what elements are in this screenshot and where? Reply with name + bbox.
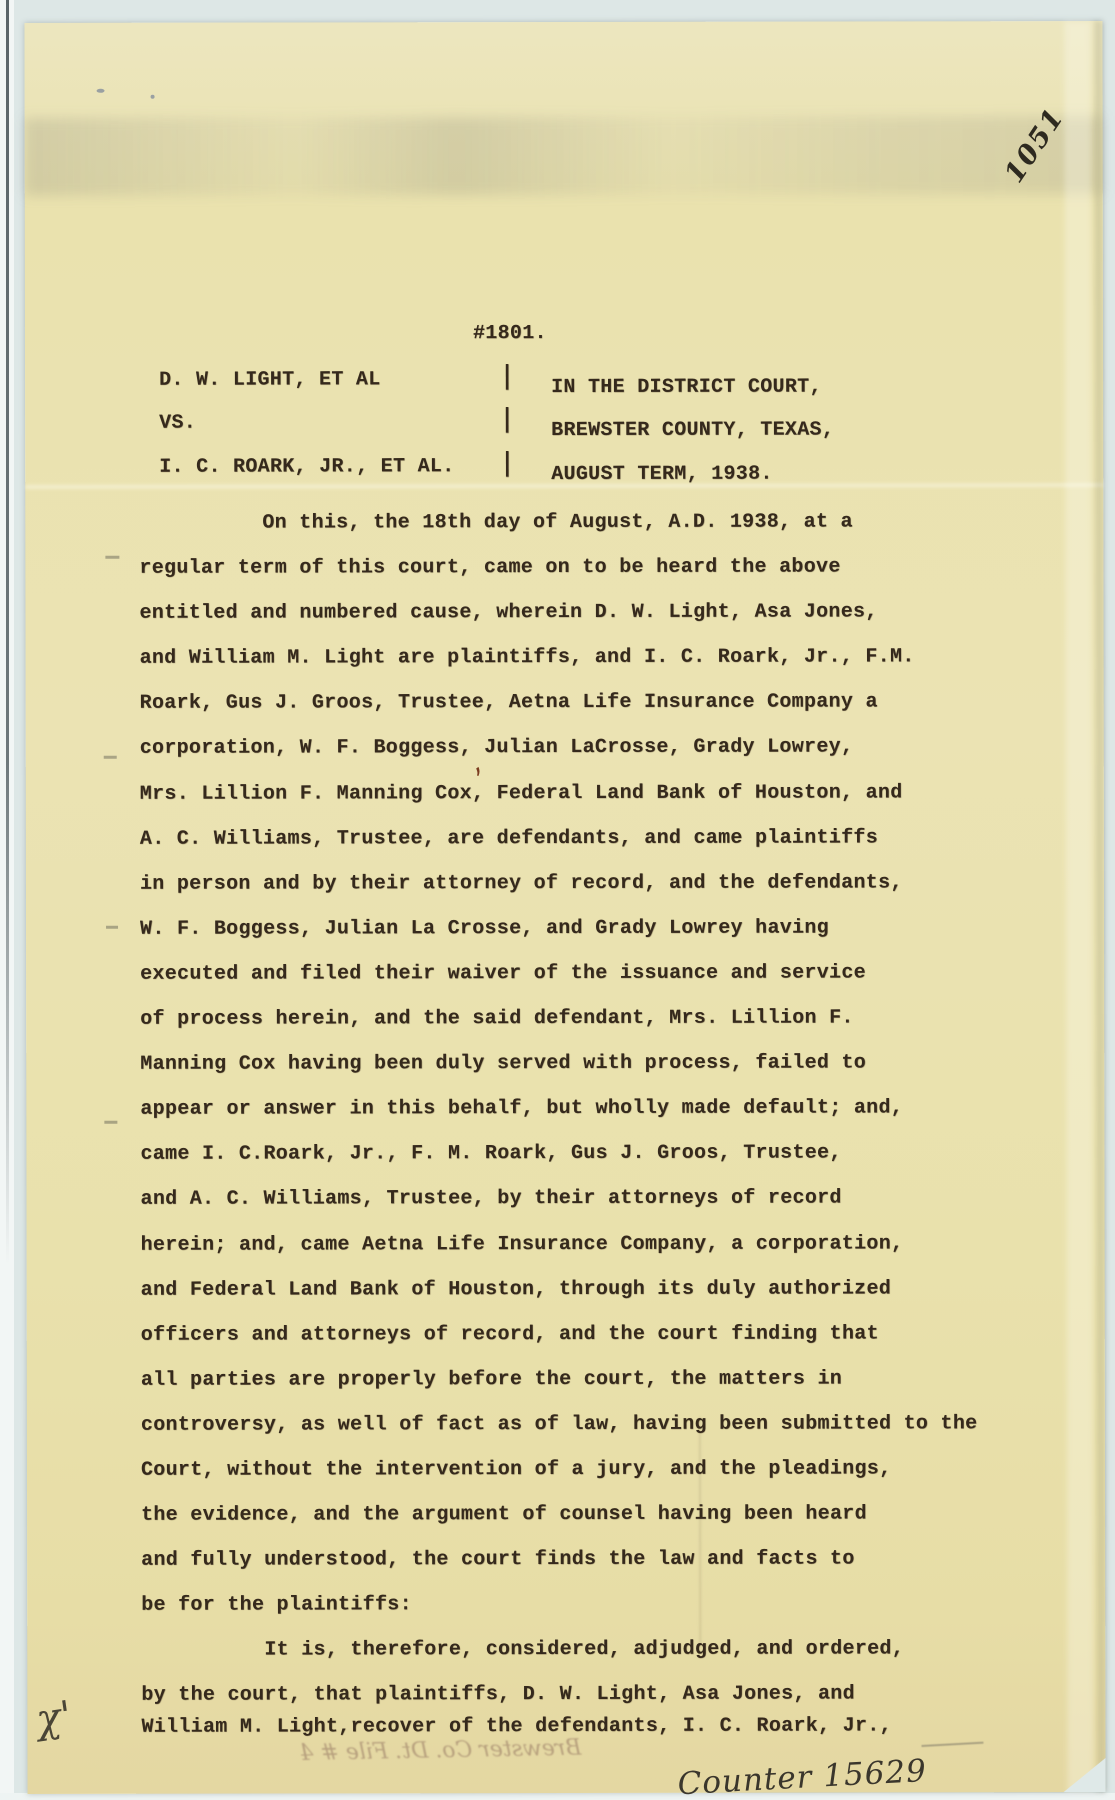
margin-mark — [105, 556, 119, 559]
paper-edge-shade — [1094, 21, 1105, 1792]
caption-court-term: AUGUST TERM, 1938. — [551, 463, 772, 486]
caption-separator: | — [501, 366, 513, 389]
paper-speck — [151, 95, 155, 99]
body-line: controversy, as well of fact as of law, … — [141, 1412, 978, 1459]
handwritten-check-mark: χ' — [33, 1693, 74, 1744]
scan-edge-shadow-line — [6, 0, 9, 1265]
separator-glyph: | — [501, 362, 513, 393]
corner-fold — [1063, 1758, 1105, 1792]
body-line: It is, therefore, considered, adjudged, … — [141, 1638, 978, 1685]
body-line: corporation, W. F. Boggess, Julian LaCro… — [140, 736, 977, 783]
body-line: officers and attorneys of record, and th… — [141, 1322, 978, 1369]
body-line: herein; and, came Aetna Life Insurance C… — [141, 1232, 978, 1279]
body-line: appear or answer in this behalf, but who… — [140, 1097, 977, 1144]
body-line: the evidence, and the argument of counse… — [141, 1502, 978, 1549]
body-line: and fully understood, the court finds th… — [141, 1547, 978, 1594]
caption-separator: | — [501, 409, 513, 432]
paper-speck — [97, 89, 105, 93]
body-line: and William M. Light are plaintiffs, and… — [140, 646, 977, 693]
caption-vs: VS. — [159, 412, 196, 435]
caption-court-name: IN THE DISTRICT COURT, — [551, 376, 822, 399]
body-line: of process herein, and the said defendan… — [140, 1006, 977, 1053]
separator-glyph: | — [501, 449, 513, 480]
body-line: in person and by their attorney of recor… — [140, 871, 977, 918]
handwritten-page-number: 1051 — [999, 102, 1071, 188]
paper-smudge-band — [25, 116, 1103, 196]
judgment-body-text: On this, the 18th day of August, A.D. 19… — [139, 510, 978, 1760]
body-line: came I. C.Roark, Jr., F. M. Roark, Gus J… — [140, 1142, 977, 1189]
body-line: Manning Cox having been duly served with… — [140, 1051, 977, 1098]
separator-glyph: | — [501, 405, 513, 436]
body-line: and Federal Land Bank of Houston, throug… — [141, 1277, 978, 1324]
margin-mark — [106, 926, 118, 929]
caption-plaintiff: D. W. LIGHT, ET AL — [159, 368, 380, 391]
margin-mark — [104, 756, 117, 759]
body-line: and A. C. Williams, Trustee, by their at… — [140, 1187, 977, 1234]
body-line: executed and filed their waiver of the i… — [140, 961, 977, 1008]
caption-separator: | — [501, 453, 513, 476]
scanned-court-document: { "colors": { "paper": "#eae2b0", "scan_… — [0, 0, 1115, 1800]
body-line: Mrs. Lillion F. Manning Cox, Federal Lan… — [140, 781, 977, 828]
body-line: Roark, Gus J. Groos, Trustee, Aetna Life… — [140, 691, 977, 738]
caption-court-county: BREWSTER COUNTY, TEXAS, — [551, 419, 834, 442]
caption-defendant: I. C. ROARK, JR., ET AL. — [159, 455, 454, 479]
margin-mark — [104, 1121, 117, 1124]
document-page: #1801. D. W. LIGHT, ET AL VS. I. C. ROAR… — [24, 21, 1105, 1794]
paper-edge-highlight — [1064, 21, 1093, 1792]
scan-bottom-strip — [0, 1793, 1115, 1800]
body-line: all parties are properly before the cour… — [141, 1367, 978, 1414]
body-line: regular term of this court, came on to b… — [139, 555, 976, 602]
body-line: On this, the 18th day of August, A.D. 19… — [139, 510, 976, 557]
body-line: Court, without the intervention of a jur… — [141, 1457, 978, 1504]
body-line: be for the plaintiffs: — [141, 1593, 978, 1640]
body-line: entitled and numbered cause, wherein D. … — [139, 600, 976, 647]
body-line: A. C. Williams, Trustee, are defendants,… — [140, 826, 977, 873]
body-line: W. F. Boggess, Julian La Crosse, and Gra… — [140, 916, 977, 963]
case-number: #1801. — [473, 322, 547, 345]
